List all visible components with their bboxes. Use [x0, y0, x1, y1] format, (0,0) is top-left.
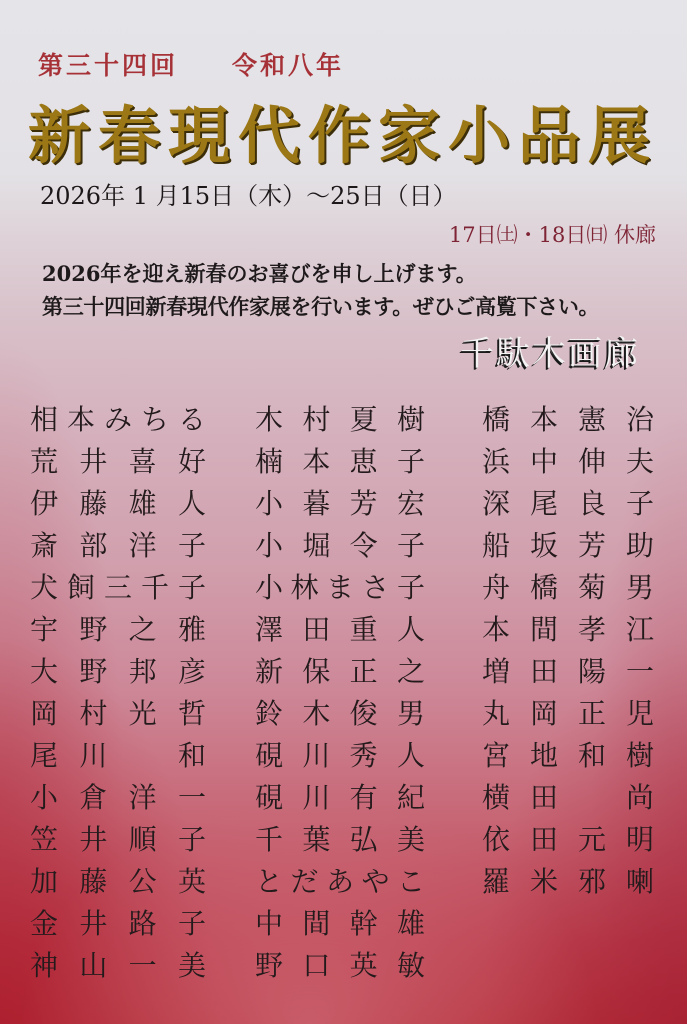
name-char: 井 — [79, 441, 107, 483]
name-char: さ — [362, 567, 390, 609]
name-char: 野 — [79, 609, 107, 651]
name-char: 俊 — [350, 693, 378, 735]
name-char: 中 — [530, 441, 558, 483]
name-char: 田 — [530, 651, 558, 693]
name-char: 光 — [129, 693, 157, 735]
name-char: 依 — [482, 819, 510, 861]
name-char: 子 — [397, 525, 425, 567]
name-char: み — [104, 399, 132, 441]
name-char: 宮 — [482, 735, 510, 777]
name-char: 浜 — [482, 441, 510, 483]
artist-name: 野口英敏 — [255, 945, 425, 987]
artist-name: 橋本憲治 — [482, 399, 654, 441]
name-char: 横 — [482, 777, 510, 819]
name-char: ま — [326, 567, 354, 609]
name-char: 子 — [178, 903, 206, 945]
artist-name: 澤田重人 — [255, 609, 425, 651]
artist-name: 舟橋菊男 — [482, 567, 654, 609]
artist-name: 神山一美 — [30, 945, 206, 987]
name-char: 伊 — [30, 483, 58, 525]
artist-name: 荒井喜好 — [30, 441, 206, 483]
name-char: 男 — [626, 567, 654, 609]
name-char: 洋 — [129, 525, 157, 567]
exhibition-title: 新春現代作家小品展 — [28, 86, 658, 175]
name-char: 藤 — [79, 483, 107, 525]
artist-column-3: 橋本憲治浜中伸夫深尾良子船坂芳助舟橋菊男本間孝江増田陽一丸岡正児宮地和樹横田尚依… — [482, 399, 654, 903]
edition-label: 第三十四回 — [38, 46, 178, 82]
artist-name: 本間孝江 — [482, 609, 654, 651]
artist-name: 横田尚 — [482, 777, 654, 819]
name-char: 大 — [30, 651, 58, 693]
name-char: あ — [326, 861, 354, 903]
name-char: 井 — [79, 819, 107, 861]
name-char: 正 — [350, 651, 378, 693]
name-char — [129, 735, 157, 777]
name-char: 治 — [626, 399, 654, 441]
artist-name: とだあやこ — [255, 861, 425, 903]
name-char: 地 — [530, 735, 558, 777]
name-char: 尾 — [530, 483, 558, 525]
name-char: 千 — [255, 819, 283, 861]
name-char: 公 — [129, 861, 157, 903]
name-char: 本 — [482, 609, 510, 651]
name-char: 之 — [129, 609, 157, 651]
name-char: 菊 — [578, 567, 606, 609]
name-char: 川 — [79, 735, 107, 777]
name-char: 尾 — [30, 735, 58, 777]
name-char: 和 — [578, 735, 606, 777]
name-char: 孝 — [578, 609, 606, 651]
name-char: 雅 — [178, 609, 206, 651]
name-char: 陽 — [578, 651, 606, 693]
name-char: 小 — [255, 483, 283, 525]
name-char: 増 — [482, 651, 510, 693]
artist-name: 木村夏樹 — [255, 399, 425, 441]
name-char: 山 — [79, 945, 107, 987]
name-char: 村 — [302, 399, 330, 441]
name-char: 米 — [530, 861, 558, 903]
name-char: 子 — [397, 567, 425, 609]
name-char: 楠 — [255, 441, 283, 483]
name-char: 笠 — [30, 819, 58, 861]
name-char: 岡 — [30, 693, 58, 735]
name-char: 芳 — [350, 483, 378, 525]
name-char: 船 — [482, 525, 510, 567]
name-char: 之 — [397, 651, 425, 693]
name-char: 明 — [626, 819, 654, 861]
name-char: 川 — [302, 735, 330, 777]
era-year-label: 令和八年 — [232, 46, 344, 82]
name-char: 江 — [626, 609, 654, 651]
name-char: 荒 — [30, 441, 58, 483]
artist-name: 硯川有紀 — [255, 777, 425, 819]
name-char: 令 — [350, 525, 378, 567]
name-char: 良 — [578, 483, 606, 525]
name-char: 澤 — [255, 609, 283, 651]
name-char: 芳 — [578, 525, 606, 567]
name-char: 林 — [291, 567, 319, 609]
artist-name: 犬飼三千子 — [30, 567, 206, 609]
name-char: 夫 — [626, 441, 654, 483]
artist-name: 依田元明 — [482, 819, 654, 861]
name-char: 美 — [397, 819, 425, 861]
name-char: る — [178, 399, 206, 441]
artist-name: 小倉洋一 — [30, 777, 206, 819]
name-char: 男 — [397, 693, 425, 735]
name-char: 邪 — [578, 861, 606, 903]
artist-name: 硯川秀人 — [255, 735, 425, 777]
artist-name: 金井路子 — [30, 903, 206, 945]
name-char: 子 — [178, 819, 206, 861]
name-char: 加 — [30, 861, 58, 903]
name-char: 邦 — [129, 651, 157, 693]
name-char: 幹 — [350, 903, 378, 945]
artist-name: 小林まさ子 — [255, 567, 425, 609]
name-char: 深 — [482, 483, 510, 525]
name-char: 村 — [79, 693, 107, 735]
artist-name: 羅米邪喇 — [482, 861, 654, 903]
name-char: 飼 — [67, 567, 95, 609]
name-char: 三 — [104, 567, 132, 609]
name-char: 本 — [302, 441, 330, 483]
name-char: 暮 — [302, 483, 330, 525]
name-char: 橋 — [482, 399, 510, 441]
name-char: 伸 — [578, 441, 606, 483]
name-char: 間 — [302, 903, 330, 945]
name-char: 倉 — [79, 777, 107, 819]
artist-column-2: 木村夏樹楠本恵子小暮芳宏小堀令子小林まさ子澤田重人新保正之鈴木俊男硯川秀人硯川有… — [255, 399, 425, 987]
name-char: 雄 — [129, 483, 157, 525]
name-char: 小 — [255, 567, 283, 609]
name-char: 中 — [255, 903, 283, 945]
name-char: 硯 — [255, 777, 283, 819]
name-char: 宏 — [397, 483, 425, 525]
name-char: 美 — [178, 945, 206, 987]
name-char: 好 — [178, 441, 206, 483]
name-char: 重 — [350, 609, 378, 651]
artist-name: 小暮芳宏 — [255, 483, 425, 525]
name-char: 洋 — [129, 777, 157, 819]
name-char: 小 — [255, 525, 283, 567]
name-char: 羅 — [482, 861, 510, 903]
name-char: 憲 — [578, 399, 606, 441]
name-char: 神 — [30, 945, 58, 987]
name-char: 子 — [626, 483, 654, 525]
name-char: 田 — [530, 777, 558, 819]
artist-name: 宮地和樹 — [482, 735, 654, 777]
name-char: 尚 — [626, 777, 654, 819]
artist-name: 岡村光哲 — [30, 693, 206, 735]
artist-name: 楠本恵子 — [255, 441, 425, 483]
artist-name: 中間幹雄 — [255, 903, 425, 945]
name-char: と — [255, 861, 283, 903]
artist-column-1: 相本みちる荒井喜好伊藤雄人斎部洋子犬飼三千子宇野之雅大野邦彦岡村光哲尾川和小倉洋… — [30, 399, 206, 987]
name-char: 樹 — [397, 399, 425, 441]
artist-name: 千葉弘美 — [255, 819, 425, 861]
name-char: 彦 — [178, 651, 206, 693]
artist-name: 小堀令子 — [255, 525, 425, 567]
name-char: 正 — [578, 693, 606, 735]
name-char: 子 — [178, 567, 206, 609]
name-char: 丸 — [482, 693, 510, 735]
name-char: 野 — [79, 651, 107, 693]
artist-name: 船坂芳助 — [482, 525, 654, 567]
name-char: 英 — [350, 945, 378, 987]
name-char: 哲 — [178, 693, 206, 735]
name-char: ち — [141, 399, 169, 441]
name-char: 新 — [255, 651, 283, 693]
name-char: 一 — [129, 945, 157, 987]
name-char: 口 — [302, 945, 330, 987]
name-char: 田 — [530, 819, 558, 861]
name-char: 鈴 — [255, 693, 283, 735]
name-char: 金 — [30, 903, 58, 945]
name-char: 一 — [626, 651, 654, 693]
name-char: だ — [291, 861, 319, 903]
name-char: 秀 — [350, 735, 378, 777]
name-char: 部 — [79, 525, 107, 567]
closed-days-notice: 17日㈯・18日㈰ 休廊 — [449, 219, 656, 249]
name-char: 本 — [67, 399, 95, 441]
name-char: 紀 — [397, 777, 425, 819]
name-char: 斎 — [30, 525, 58, 567]
artist-name: 丸岡正児 — [482, 693, 654, 735]
artist-name: 相本みちる — [30, 399, 206, 441]
name-char: 葉 — [302, 819, 330, 861]
name-char: 順 — [129, 819, 157, 861]
exhibition-period: 2026年 1 月15日（木）〜25日（日） — [40, 176, 457, 211]
name-char: 喇 — [626, 861, 654, 903]
name-char: 千 — [141, 567, 169, 609]
name-char: 木 — [255, 399, 283, 441]
name-char: 岡 — [530, 693, 558, 735]
name-char: 弘 — [350, 819, 378, 861]
artist-name: 宇野之雅 — [30, 609, 206, 651]
name-char: 木 — [302, 693, 330, 735]
name-char: 雄 — [397, 903, 425, 945]
artist-name: 大野邦彦 — [30, 651, 206, 693]
name-char: 間 — [530, 609, 558, 651]
name-char: 子 — [397, 441, 425, 483]
name-char: 犬 — [30, 567, 58, 609]
name-char: こ — [397, 861, 425, 903]
artist-name: 笠井順子 — [30, 819, 206, 861]
greeting-line: 2026年を迎え新春のお喜びを申し上げます。 — [42, 258, 477, 288]
name-char: 相 — [30, 399, 58, 441]
name-char: 田 — [302, 609, 330, 651]
name-char: 保 — [302, 651, 330, 693]
name-char: 橋 — [530, 567, 558, 609]
name-char: 人 — [178, 483, 206, 525]
name-char: 和 — [178, 735, 206, 777]
name-char: 井 — [79, 903, 107, 945]
name-char: 樹 — [626, 735, 654, 777]
name-char: 野 — [255, 945, 283, 987]
name-char: 人 — [397, 609, 425, 651]
name-char: 小 — [30, 777, 58, 819]
name-char: 英 — [178, 861, 206, 903]
name-char: 堀 — [302, 525, 330, 567]
name-char: 人 — [397, 735, 425, 777]
name-char: 宇 — [30, 609, 58, 651]
artist-name: 加藤公英 — [30, 861, 206, 903]
name-char: 恵 — [350, 441, 378, 483]
name-char: 子 — [178, 525, 206, 567]
name-char: 坂 — [530, 525, 558, 567]
artist-name: 浜中伸夫 — [482, 441, 654, 483]
name-char: 元 — [578, 819, 606, 861]
name-char: 藤 — [79, 861, 107, 903]
name-char: 川 — [302, 777, 330, 819]
invitation-line: 第三十四回新春現代作家展を行います。ぜひご高覧下さい。 — [42, 291, 599, 321]
name-char: 敏 — [397, 945, 425, 987]
name-char: 喜 — [129, 441, 157, 483]
artist-name: 深尾良子 — [482, 483, 654, 525]
name-char: 舟 — [482, 567, 510, 609]
name-char — [578, 777, 606, 819]
name-char: 本 — [530, 399, 558, 441]
name-char: 助 — [626, 525, 654, 567]
gallery-name: 千駄木画廊 — [460, 326, 640, 375]
name-char: 有 — [350, 777, 378, 819]
artist-name: 尾川和 — [30, 735, 206, 777]
name-char: 児 — [626, 693, 654, 735]
artist-name: 新保正之 — [255, 651, 425, 693]
name-char: 一 — [178, 777, 206, 819]
artist-name: 伊藤雄人 — [30, 483, 206, 525]
name-char: や — [362, 861, 390, 903]
artist-name: 鈴木俊男 — [255, 693, 425, 735]
name-char: 路 — [129, 903, 157, 945]
name-char: 夏 — [350, 399, 378, 441]
name-char: 硯 — [255, 735, 283, 777]
artist-name: 増田陽一 — [482, 651, 654, 693]
artist-name: 斎部洋子 — [30, 525, 206, 567]
